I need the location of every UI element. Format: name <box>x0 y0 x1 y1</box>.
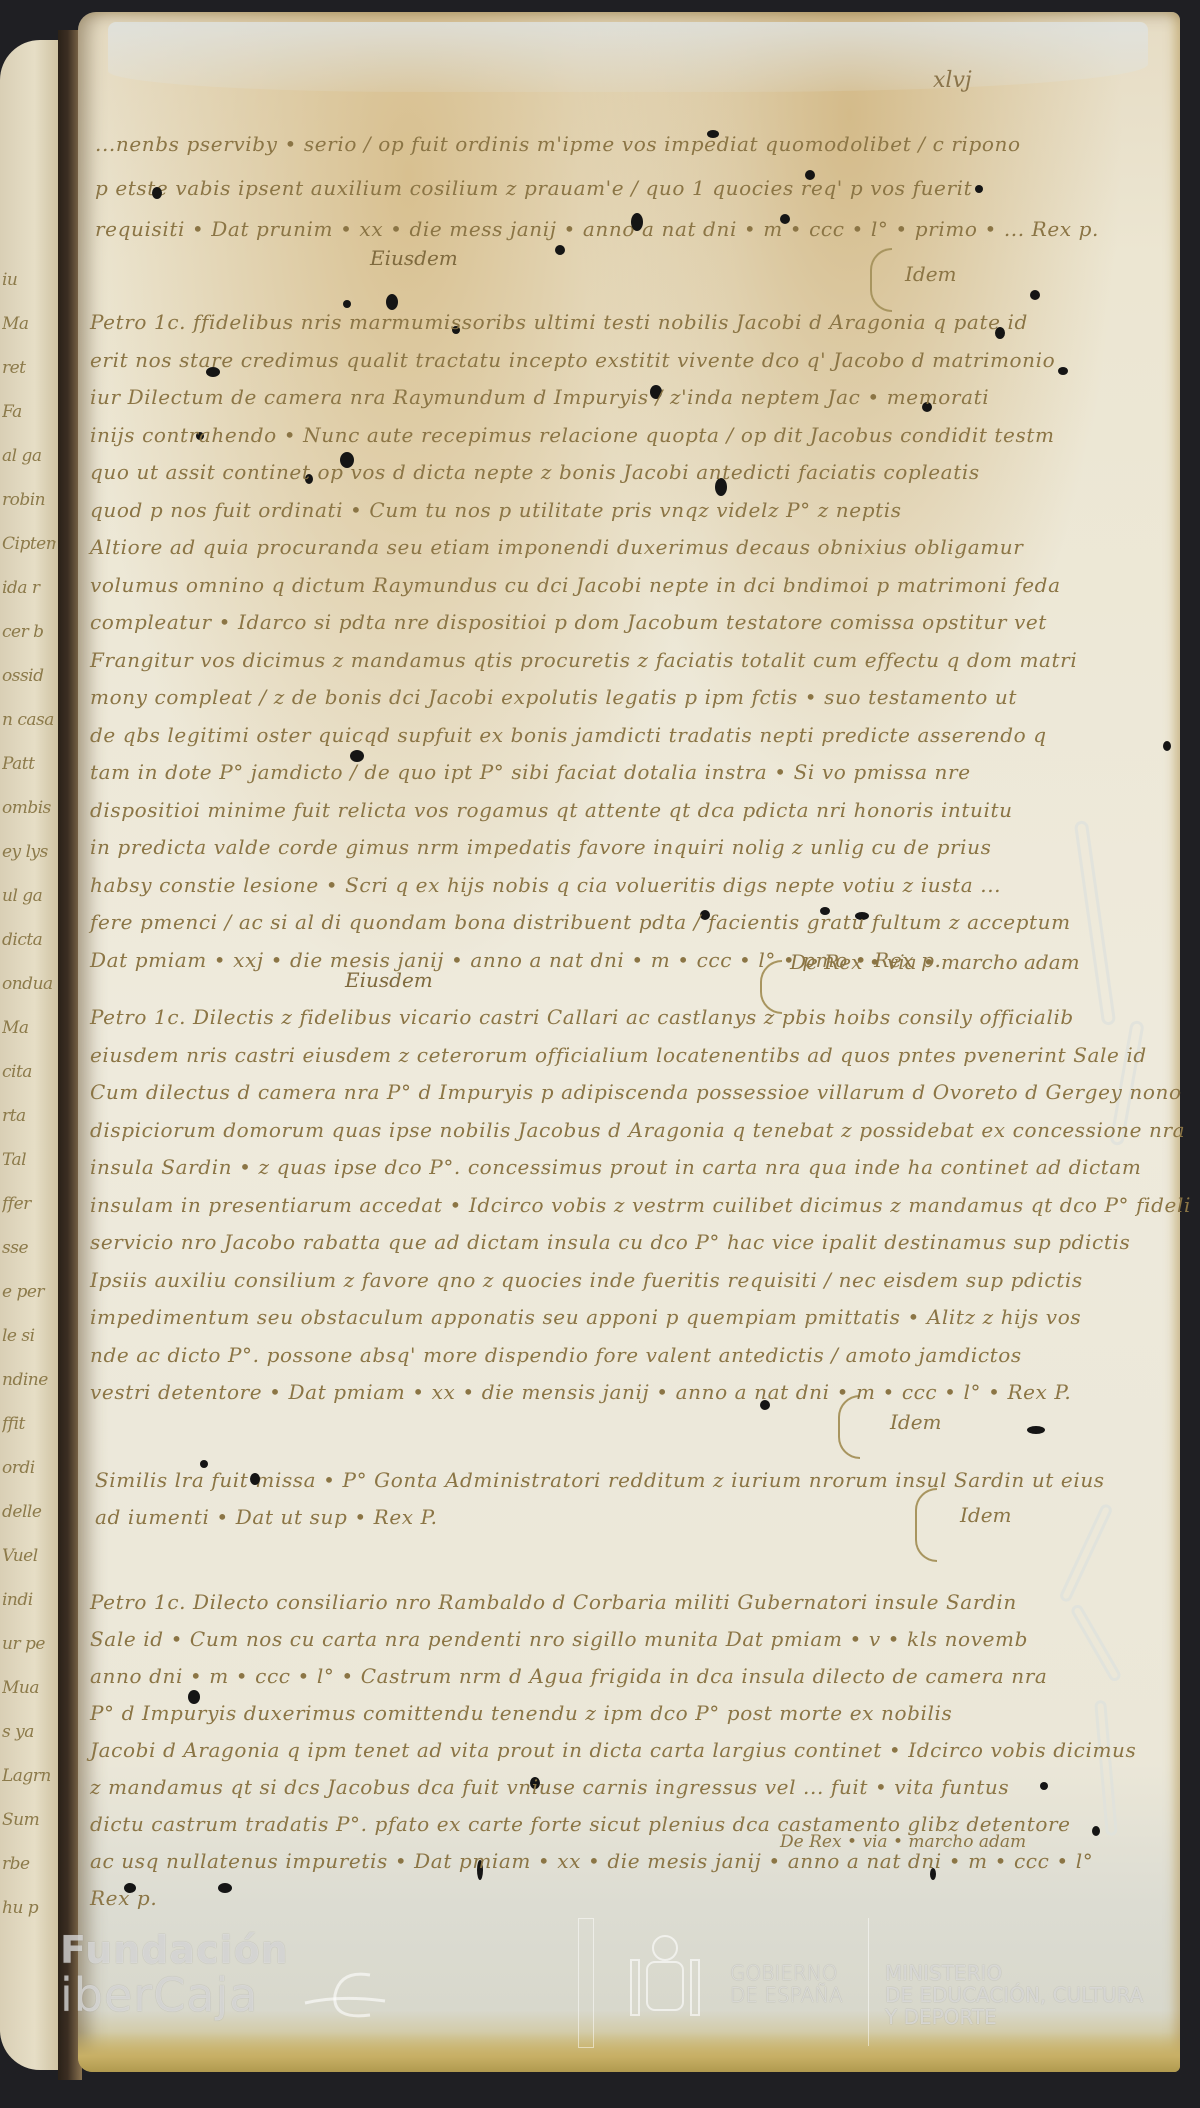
left-page-fragment: indi <box>2 1590 56 1610</box>
left-page-fragment: Fa <box>2 402 56 422</box>
left-page-fragment: Sum <box>2 1810 56 1830</box>
wormhole <box>152 187 162 199</box>
text-line: compleatur • Idarco si pdta nre disposit… <box>90 610 1047 634</box>
text-line: eiusdem nris castri eiusdem z ceterorum … <box>90 1043 1147 1067</box>
edge-stain <box>78 2032 1180 2072</box>
left-page-fragment: ur pe <box>2 1634 56 1654</box>
left-page-fragment: Patt <box>2 754 56 774</box>
wormhole <box>707 130 719 138</box>
left-page-fragment: cita <box>2 1062 56 1082</box>
previous-page-edge: iuMaretFaal garobinCiptemida rcer bossid… <box>0 40 58 2070</box>
left-page-fragment: ndine <box>2 1370 56 1390</box>
text-line: tam in dote P° jamdicto / de quo ipt P° … <box>90 760 971 784</box>
wormhole <box>1092 1826 1100 1836</box>
left-page-fragment: le si <box>2 1326 56 1346</box>
text-line: dispositioi minime fuit relicta vos roga… <box>90 798 1013 822</box>
wormhole <box>1040 1782 1048 1790</box>
text-line: Rex p. <box>90 1886 157 1910</box>
text-line: Petro 1c. Dilectis z fidelibus vicario c… <box>90 1005 1074 1029</box>
text-line: Cum dilectus d camera nra P° d Impuryis … <box>90 1080 1182 1104</box>
spain-coat-of-arms-icon <box>625 1930 705 2030</box>
text-line: Dat pmiam • xxj • die mesis janij • anno… <box>90 948 941 972</box>
margin-bracket <box>915 1488 937 1562</box>
text-line: insulam in presentiarum accedat • Idcirc… <box>90 1193 1191 1217</box>
left-page-fragment: sse <box>2 1238 56 1258</box>
left-page-fragment: rbe <box>2 1854 56 1874</box>
text-line: ad iumenti • Dat ut sup • Rex P. <box>95 1505 438 1529</box>
left-page-fragment: dicta <box>2 930 56 950</box>
text-line: fere pmenci / ac si al di quondam bona d… <box>90 910 1071 934</box>
margin-note: Idem <box>960 1503 1012 1527</box>
text-line: dictu castrum tradatis P°. pfato ex cart… <box>90 1812 1071 1836</box>
margin-note: Idem <box>905 262 957 286</box>
wormhole <box>975 185 983 193</box>
wormhole <box>1163 741 1171 751</box>
text-line: Similis lra fuit missa • P° Gonta Admini… <box>95 1468 1105 1492</box>
text-line: Petro 1c. Dilecto consiliario nro Rambal… <box>90 1590 1017 1614</box>
text-line: impedimentum seu obstaculum apponatis se… <box>90 1305 1081 1329</box>
wormhole <box>218 1883 232 1893</box>
left-page-fragment: s ya <box>2 1722 56 1742</box>
text-line: P° d Impuryis duxerimus comittendu tenen… <box>90 1701 952 1725</box>
ibercaja-logo-icon <box>300 1965 390 2025</box>
left-page-fragment: Ma <box>2 314 56 334</box>
wormhole <box>1058 367 1068 375</box>
watermark-divider <box>868 1918 869 2046</box>
left-page-fragment: n casa <box>2 710 56 730</box>
text-line: Altiore ad quia procuranda seu etiam imp… <box>90 535 1023 559</box>
watermark-gobierno-line2: DE ESPAÑA <box>730 1984 843 2006</box>
wormhole <box>631 213 643 231</box>
wormhole <box>386 294 398 310</box>
text-line: Petro 1c. ffidelibus nris marmumissoribs… <box>90 310 1028 334</box>
flag-bar-icon <box>578 1918 594 2048</box>
left-page-fragment: iu <box>2 270 56 290</box>
text-line: volumus omnino q dictum Raymundus cu dci… <box>90 573 1061 597</box>
wormhole <box>1027 1426 1045 1434</box>
left-page-fragment: delle <box>2 1502 56 1522</box>
entry-heading: Eiusdem <box>345 968 433 992</box>
watermark-ibercaja-text: iberCaja <box>60 1968 258 2022</box>
left-page-fragment: Ciptem <box>2 534 56 554</box>
left-page-fragment: al ga <box>2 446 56 466</box>
watermark-ministerio-line1: MINISTERIO <box>885 1962 1143 1984</box>
left-page-fragment: rta <box>2 1106 56 1126</box>
left-page-fragment: hu p <box>2 1898 56 1918</box>
text-line: nde ac dicto P°. possone absq' more disp… <box>90 1343 1022 1367</box>
wormhole <box>250 1473 260 1485</box>
wormhole <box>555 245 565 255</box>
text-line: z mandamus qt si dcs Jacobus dca fuit vn… <box>90 1775 1009 1799</box>
left-page-fragment: Ma <box>2 1018 56 1038</box>
text-line: erit nos stare credimus qualit tractatu … <box>90 348 1055 372</box>
left-page-fragment: robin <box>2 490 56 510</box>
left-page-fragment: Tal <box>2 1150 56 1170</box>
text-line: Jacobi d Aragonia q ipm tenet ad vita pr… <box>90 1738 1136 1762</box>
left-page-fragment: Mua <box>2 1678 56 1698</box>
text-line: servicio nro Jacobo rabatta que ad dicta… <box>90 1230 1130 1254</box>
left-page-fragment: e per <box>2 1282 56 1302</box>
folio-number: xlvj <box>933 68 972 93</box>
text-line: Sale id • Cum nos cu carta nra pendenti … <box>90 1627 1028 1651</box>
watermark-fundacion-text: Fundación <box>60 1928 289 1972</box>
margin-bracket <box>870 248 892 312</box>
text-line: inijs contrahendo • Nunc aute recepimus … <box>90 423 1055 447</box>
left-page-fragment: ffit <box>2 1414 56 1434</box>
wormhole <box>780 214 790 224</box>
left-page-fragment: cer b <box>2 622 56 642</box>
text-line: requisiti • Dat prunim • xx • die mess j… <box>95 217 1099 241</box>
left-page-fragment: ffer <box>2 1194 56 1214</box>
left-page-fragment: ordi <box>2 1458 56 1478</box>
left-page-fragment: ombis <box>2 798 56 818</box>
wormhole <box>805 170 815 180</box>
text-line: mony compleat / z de bonis dci Jacobi ex… <box>90 685 1017 709</box>
text-line: dispiciorum domorum quas ipse nobilis Ja… <box>90 1118 1185 1142</box>
text-line: anno dni • m • ccc • l° • Castrum nrm d … <box>90 1664 1047 1688</box>
water-stain <box>108 22 1148 92</box>
text-line: insula Sardin • z quas ipse dco P°. conc… <box>90 1155 1142 1179</box>
left-page-fragment: ondua <box>2 974 56 994</box>
watermark-gobierno-line1: GOBIERNO <box>730 1962 843 1984</box>
left-page-fragment: ida r <box>2 578 56 598</box>
text-line: Ipsiis auxiliu consilium z favore qno z … <box>90 1268 1083 1292</box>
left-page-fragment: ret <box>2 358 56 378</box>
left-page-fragment: ey lys <box>2 842 56 862</box>
watermark-ministerio-line2: DE EDUCACIÓN, CULTURA <box>885 1984 1143 2006</box>
text-line: iur Dilectum de camera nra Raymundum d I… <box>90 385 989 409</box>
wormhole <box>1030 290 1040 300</box>
margin-note: Idem <box>890 1410 942 1434</box>
entry-heading: Eiusdem <box>370 246 458 270</box>
watermark-ministerio: MINISTERIO DE EDUCACIÓN, CULTURA Y DEPOR… <box>885 1962 1143 2028</box>
left-page-fragment: Lagrn <box>2 1766 56 1786</box>
text-line: quo ut assit continet op vos d dicta nep… <box>90 460 980 484</box>
wormhole <box>343 300 351 308</box>
text-line: vestri detentore • Dat pmiam • xx • die … <box>90 1380 1071 1404</box>
text-line: de qbs legitimi oster quicqd supfuit ex … <box>90 723 1047 747</box>
wormhole <box>200 1460 208 1468</box>
text-line: habsy constie lesione • Scri q ex hijs n… <box>90 873 1001 897</box>
text-line: quod p nos fuit ordinati • Cum tu nos p … <box>90 498 902 522</box>
left-page-fragment: ul ga <box>2 886 56 906</box>
left-page-fragment: Vuel <box>2 1546 56 1566</box>
text-line: p etste vabis ipsent auxilium cosilium z… <box>95 176 972 200</box>
left-page-fragment: ossid <box>2 666 56 686</box>
text-line: Frangitur vos dicimus z mandamus qtis pr… <box>90 648 1077 672</box>
text-line: ac usq nullatenus impuretis • Dat pmiam … <box>90 1849 1093 1873</box>
text-line: ...nenbs pserviby • serio / op fuit ordi… <box>95 132 1021 156</box>
watermark-gobierno: GOBIERNO DE ESPAÑA <box>730 1962 843 2006</box>
watermark-ministerio-line3: Y DEPORTE <box>885 2006 1143 2028</box>
text-line: in predicta valde corde gimus nrm impeda… <box>90 835 992 859</box>
margin-bracket <box>838 1395 860 1459</box>
